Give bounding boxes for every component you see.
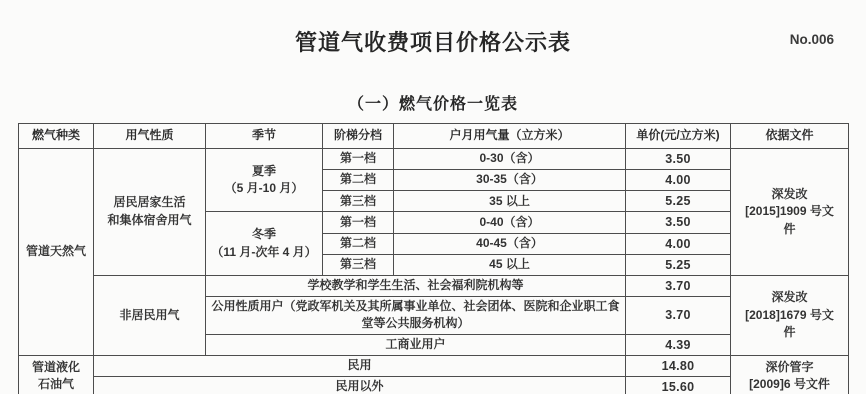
header-basis-doc: 依据文件 bbox=[731, 124, 849, 149]
price-cell: 15.60 bbox=[626, 376, 731, 394]
cell-gas-type-natural: 管道天然气 bbox=[19, 149, 94, 356]
tier-cell: 第二档 bbox=[323, 170, 394, 191]
tier-cell: 第三档 bbox=[323, 254, 394, 275]
cell-basis-2015: 深发改 [2015]1909 号文 件 bbox=[731, 149, 849, 276]
table-header-row: 燃气种类 用气性质 季节 阶梯分档 户月用气量（立方米） 单价(元/立方米) 依… bbox=[19, 124, 849, 149]
table-row: 非居民用气 学校教学和学生生活、社会福利院机构等 3.70 深发改 [2018]… bbox=[19, 275, 849, 296]
user-category-cell: 学校教学和学生生活、社会福利院机构等 bbox=[206, 275, 626, 296]
cell-basis-2009: 深价管字 [2009]6 号文件 bbox=[731, 355, 849, 394]
volume-cell: 30-35（含） bbox=[394, 170, 626, 191]
header-monthly-volume: 户月用气量（立方米） bbox=[394, 124, 626, 149]
page-header: 管道气收费项目价格公示表 No.006 bbox=[0, 0, 866, 57]
price-cell: 3.50 bbox=[626, 212, 731, 233]
volume-cell: 0-40（含） bbox=[394, 212, 626, 233]
price-cell: 3.50 bbox=[626, 149, 731, 170]
header-tier: 阶梯分档 bbox=[323, 124, 394, 149]
price-cell: 4.00 bbox=[626, 170, 731, 191]
page-title: 管道气收费项目价格公示表 bbox=[295, 30, 571, 55]
cell-usage-non-residential: 非居民用气 bbox=[94, 275, 206, 355]
table-row: 管道天然气 居民居家生活 和集体宿舍用气 夏季 （5 月-10 月） 第一档 0… bbox=[19, 149, 849, 170]
tier-cell: 第二档 bbox=[323, 233, 394, 254]
volume-cell: 35 以上 bbox=[394, 191, 626, 212]
cell-usage-residential: 居民居家生活 和集体宿舍用气 bbox=[94, 149, 206, 276]
cell-basis-2018: 深发改 [2018]1679 号文 件 bbox=[731, 275, 849, 355]
tier-cell: 第一档 bbox=[323, 149, 394, 170]
user-category-cell: 民用 bbox=[94, 355, 626, 376]
section-title: （一）燃气价格一览表 bbox=[0, 91, 866, 114]
cell-gas-type-lpg: 管道液化 石油气 bbox=[19, 355, 94, 394]
user-category-cell: 民用以外 bbox=[94, 376, 626, 394]
table-row: 民用以外 15.60 bbox=[19, 376, 849, 394]
gas-price-table: 燃气种类 用气性质 季节 阶梯分档 户月用气量（立方米） 单价(元/立方米) 依… bbox=[18, 123, 849, 394]
tier-cell: 第三档 bbox=[323, 191, 394, 212]
user-category-cell: 公用性质用户（党政军机关及其所属事业单位、社会团体、医院和企业职工食堂等公共服务… bbox=[206, 296, 626, 334]
price-cell: 5.25 bbox=[626, 254, 731, 275]
header-season: 季节 bbox=[206, 124, 323, 149]
volume-cell: 0-30（含） bbox=[394, 149, 626, 170]
user-category-cell: 工商业用户 bbox=[206, 334, 626, 355]
cell-season-winter: 冬季 （11 月-次年 4 月） bbox=[206, 212, 323, 275]
header-usage-nature: 用气性质 bbox=[94, 124, 206, 149]
tier-cell: 第一档 bbox=[323, 212, 394, 233]
volume-cell: 40-45（含） bbox=[394, 233, 626, 254]
price-cell: 3.70 bbox=[626, 275, 731, 296]
doc-number: No.006 bbox=[790, 32, 834, 47]
volume-cell: 45 以上 bbox=[394, 254, 626, 275]
header-gas-type: 燃气种类 bbox=[19, 124, 94, 149]
header-unit-price: 单价(元/立方米) bbox=[626, 124, 731, 149]
price-cell: 5.25 bbox=[626, 191, 731, 212]
price-cell: 4.39 bbox=[626, 334, 731, 355]
price-cell: 3.70 bbox=[626, 296, 731, 334]
price-cell: 4.00 bbox=[626, 233, 731, 254]
table-row: 管道液化 石油气 民用 14.80 深价管字 [2009]6 号文件 bbox=[19, 355, 849, 376]
cell-season-summer: 夏季 （5 月-10 月） bbox=[206, 149, 323, 212]
price-cell: 14.80 bbox=[626, 355, 731, 376]
